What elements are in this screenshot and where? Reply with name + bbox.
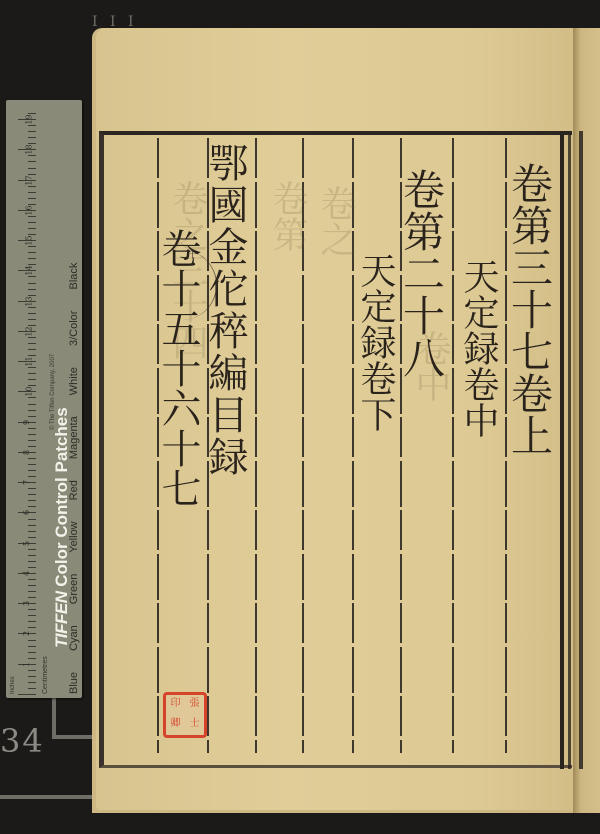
ruler-tick [28,549,36,550]
ruler-tick [28,688,36,689]
ruler-tick [28,367,36,368]
ruler-tick [28,579,36,580]
ruler-tick [28,476,36,477]
red-seal-stamp: 印 張 卿 士 [163,692,207,738]
ruler-number: 19 [25,115,34,125]
ruler-tick [28,519,36,520]
ruler-tick [28,252,36,253]
ruler-tick [28,682,36,683]
ruler-number: 13 [25,296,34,306]
ruler-tick [28,525,36,526]
ruler-tick [28,609,36,610]
ruler-tick [28,676,36,677]
background-line [0,795,100,799]
ruler-tick [28,216,36,217]
copyright-text: © The Tiffen Company, 2007 [50,354,56,430]
ruler-tick [28,567,36,568]
ruler-tick [28,670,36,671]
ruler-tick [28,222,36,223]
ruler-number: 10 [25,387,34,397]
seal-char: 張 [185,695,204,715]
ruler-number: 4 [22,571,31,576]
ruler-number: 6 [22,510,31,515]
ruler-tick [28,500,36,501]
ruler-tick [28,591,36,592]
ruler-tick [28,488,36,489]
patch-labels: Blue Cyan Green Yellow Red Magenta White… [68,263,80,694]
ruler-tick [28,440,36,441]
ruler-tick [28,337,36,338]
print-border-right [560,131,564,769]
inches-label: Inches [10,676,16,694]
ruler-tick [28,289,36,290]
ruler-number: 11 [25,357,34,367]
ruler-number: 14 [25,266,34,276]
ruler-tick [28,246,36,247]
ruler-number: 17 [25,175,34,185]
ruler-tick [28,168,36,169]
ruler-number: 9 [22,420,31,425]
ruler-number: 3 [22,601,31,606]
ruler-tick [28,404,36,405]
ruler-tick [28,161,36,162]
ruler-tick [28,561,36,562]
ruler-tick [28,531,36,532]
ruler-tick [28,585,36,586]
ruler-tick [28,537,36,538]
ruler-tick [28,446,36,447]
ruler-tick [18,694,36,695]
ruler-tick [28,319,36,320]
ruler-number: 5 [22,541,31,546]
ruler-tick [28,410,36,411]
ruler-tick [28,307,36,308]
ruler-tick [28,428,36,429]
ruler-tick [28,276,36,277]
ruler-tick [28,379,36,380]
ruler-number: 18 [25,145,34,155]
facing-border [579,131,583,769]
ruler-tick [28,283,36,284]
text-column-2: 天定録卷中 [460,258,496,438]
ruler-tick [28,186,36,187]
print-border-right-inner [568,131,571,769]
ruler-tick [28,198,36,199]
ruler-number: 16 [25,205,34,215]
text-column-1: 卷第三十七卷上 [508,162,550,456]
text-column-3: 卷第二十八 [400,168,442,378]
ruler-tick [28,621,36,622]
bleed-through-text: 卷之 [310,185,361,257]
ruler-tick [28,506,36,507]
ruler-tick [28,349,36,350]
ruler-number: 7 [22,480,31,485]
ruler-tick [28,137,36,138]
ruler-tick [28,131,36,132]
background-number: 34 [0,722,45,760]
ruler-tick [28,373,36,374]
ruler-tick [28,494,36,495]
ruler-tick [28,343,36,344]
ruler-tick [28,464,36,465]
ruler-tick [28,313,36,314]
ruler-tick [28,258,36,259]
bleed-through-text: 卷第 [262,180,313,252]
ruler-tick [28,640,36,641]
ruler-tick [28,434,36,435]
ruler-number: 8 [22,450,31,455]
book-title-column: 鄂國金佗稡編目録 [205,142,245,478]
ruler-number: 15 [25,236,34,246]
ruler-tick [28,397,36,398]
ruler-scale: 12345678910111213141516171819 [10,104,36,694]
seal-char: 印 [166,695,185,715]
ruler-tick [28,125,36,126]
ruler-tick [28,470,36,471]
ruler-tick [28,658,36,659]
column-rule [452,138,454,753]
ruler-tick [28,627,36,628]
ruler-number: 12 [25,326,34,336]
seal-char: 卿 [166,715,185,735]
color-control-card: 12345678910111213141516171819 Inches Cen… [6,100,82,698]
ruler-tick [28,597,36,598]
ruler-tick [28,416,36,417]
ruler-tick [28,192,36,193]
column-rule [255,138,257,753]
facing-page-edge [573,28,600,813]
ruler-tick [28,555,36,556]
text-column-4: 天定録卷下 [357,252,393,432]
ruler-tick [28,646,36,647]
ruler-number: 1 [22,662,31,667]
ruler-tick [28,615,36,616]
centimetres-label: Centimetres [42,656,49,694]
seal-char: 士 [185,715,204,735]
ruler-number: 2 [22,631,31,636]
ruler-tick [28,155,36,156]
ruler-tick [28,228,36,229]
ruler-tick [28,652,36,653]
ruler-tick [28,458,36,459]
